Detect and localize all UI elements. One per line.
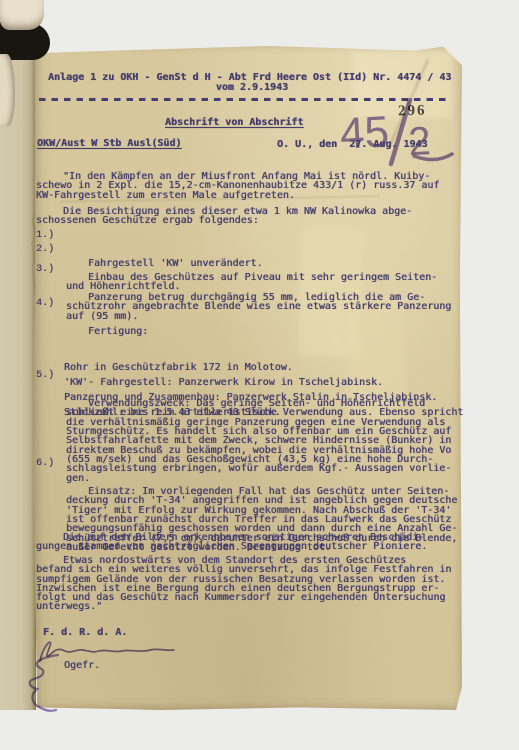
item-number: 6.) bbox=[36, 459, 54, 468]
annex-reference-line: Anlage 1 zu OKH - GenSt d H - Abt Frd He… bbox=[48, 73, 451, 82]
rank-abbreviation: Ogefr. bbox=[64, 661, 100, 670]
item-number: 5.) bbox=[36, 371, 54, 380]
item-number: 4.) bbox=[36, 299, 54, 308]
place-and-date: O. U., den 27. Aug. 1943 bbox=[277, 140, 428, 149]
svg-text:45: 45 bbox=[339, 107, 390, 158]
issuing-office: OKW/Aust W Stb Ausl(Süd) bbox=[37, 139, 182, 148]
handwritten-archive-mark: 45 2 bbox=[334, 98, 454, 168]
annex-date-line: vom 2.9.1943 bbox=[48, 83, 456, 92]
scanned-document-page: Anlage 1 zu OKH - GenSt d H - Abt Frd He… bbox=[0, 0, 519, 750]
paragraph-inspection: Die Besichtigung eines dieser etwa 1 km … bbox=[36, 207, 460, 226]
paragraph-recovery: Etwas nordostwärts von dem Standort des … bbox=[36, 556, 460, 612]
rolled-page-edge bbox=[0, 0, 44, 30]
margin-pen-mark bbox=[24, 652, 68, 714]
certification-line: F. d. R. d. A. bbox=[43, 628, 127, 637]
document-title: Abschrift von Abschrift bbox=[165, 118, 303, 127]
paragraph-damage: Die auf den Bildern erkennbaren sonstige… bbox=[36, 533, 460, 552]
underlying-page-edge bbox=[0, 50, 36, 710]
paragraph-intro: "In den Kämpfen an der Miusfront Anfang … bbox=[36, 172, 460, 200]
faint-pencil-note bbox=[24, 210, 44, 300]
item-text: Fertigung: bbox=[66, 327, 458, 336]
